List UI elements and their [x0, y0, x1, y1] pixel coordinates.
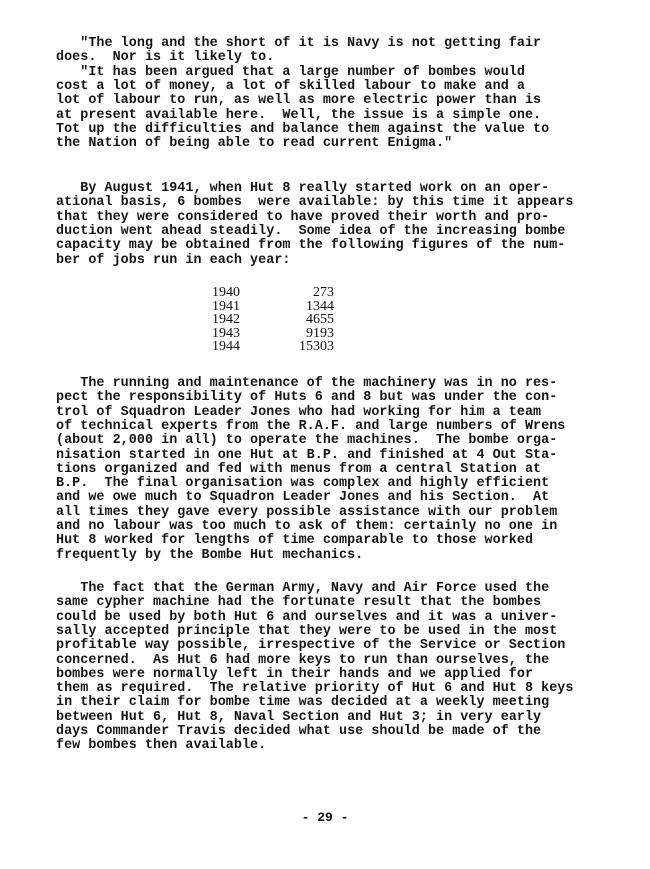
table-row: 1943 9193: [212, 327, 334, 341]
table-row: 1942 4655: [212, 313, 334, 327]
text-line: Tot up the difficulties and balance them…: [56, 123, 549, 137]
year-cell: 1944: [212, 340, 252, 354]
text-line: profitable way possible, irrespective of…: [56, 639, 565, 653]
text-line: few bombes then available.: [56, 739, 266, 753]
text-line: concerned. As Hut 6 had more keys to run…: [56, 654, 549, 668]
text-line: could be used by both Hut 6 and ourselve…: [56, 611, 557, 625]
text-line: the Nation of being able to read current…: [56, 137, 452, 151]
text-line: and we owe much to Squadron Leader Jones…: [56, 491, 549, 505]
table-row: 1944 15303: [212, 340, 334, 354]
text-line: tions organized and fed with menus from …: [56, 463, 541, 477]
year-cell: 1943: [212, 327, 252, 341]
text-line: them as required. The relative priority …: [56, 682, 573, 696]
text-line: does. Nor is it likely to.: [56, 51, 274, 65]
text-line: and no labour was too much to ask of the…: [56, 520, 557, 534]
jobs-cell: 15303: [274, 340, 334, 354]
text-line: B.P. The final organisation was complex …: [56, 477, 549, 491]
text-line: ational basis, 6 bombes were available: …: [56, 196, 573, 210]
year-cell: 1942: [212, 313, 252, 327]
text-line: The running and maintenance of the machi…: [56, 377, 557, 391]
text-line: cost a lot of money, a lot of skilled la…: [56, 80, 525, 94]
year-cell: 1941: [212, 300, 252, 314]
text-line: duction went ahead steadily. Some idea o…: [56, 225, 565, 239]
text-line: at present available here. Well, the iss…: [56, 109, 541, 123]
text-line: in their claim for bombe time was decide…: [56, 696, 549, 710]
page-number: - 29 -: [0, 810, 650, 825]
text-line: The fact that the German Army, Navy and …: [56, 582, 549, 596]
text-line: Hut 8 worked for lengths of time compara…: [56, 534, 533, 548]
text-line: pect the responsibility of Huts 6 and 8 …: [56, 391, 557, 405]
text-line: bombes were normally left in their hands…: [56, 668, 533, 682]
jobs-cell: 9193: [274, 327, 334, 341]
text-line: "It has been argued that a large number …: [56, 66, 525, 80]
text-line: (about 2,000 in all) to operate the mach…: [56, 434, 557, 448]
text-line: ber of jobs run in each year:: [56, 254, 291, 268]
text-line: lot of labour to run, as well as more el…: [56, 94, 541, 108]
text-line: all times they gave every possible assis…: [56, 506, 557, 520]
text-line: sally accepted principle that they were …: [56, 625, 557, 639]
text-line: trol of Squadron Leader Jones who had wo…: [56, 406, 541, 420]
jobs-cell: 4655: [274, 313, 334, 327]
table-row: 1940 273: [212, 286, 334, 300]
text-line: capacity may be obtained from the follow…: [56, 239, 565, 253]
text-line: that they were considered to have proved…: [56, 211, 549, 225]
jobs-cell: 1344: [274, 300, 334, 314]
text-line: between Hut 6, Hut 8, Naval Section and …: [56, 711, 541, 725]
text-line: By August 1941, when Hut 8 really starte…: [56, 182, 549, 196]
text-line: "The long and the short of it is Navy is…: [56, 37, 541, 51]
document-page: "The long and the short of it is Navy is…: [0, 0, 650, 869]
text-line: same cypher machine had the fortunate re…: [56, 596, 541, 610]
jobs-per-year-table: 1940 273 1941 1344 1942 4655 1943 9193 1…: [212, 286, 334, 354]
text-line: nisation started in one Hut at B.P. and …: [56, 449, 557, 463]
year-cell: 1940: [212, 286, 252, 300]
table-row: 1941 1344: [212, 300, 334, 314]
text-line: of technical experts from the R.A.F. and…: [56, 420, 565, 434]
text-line: days Commander Travis decided what use s…: [56, 725, 541, 739]
text-line: frequently by the Bombe Hut mechanics.: [56, 549, 363, 563]
jobs-cell: 273: [274, 286, 334, 300]
